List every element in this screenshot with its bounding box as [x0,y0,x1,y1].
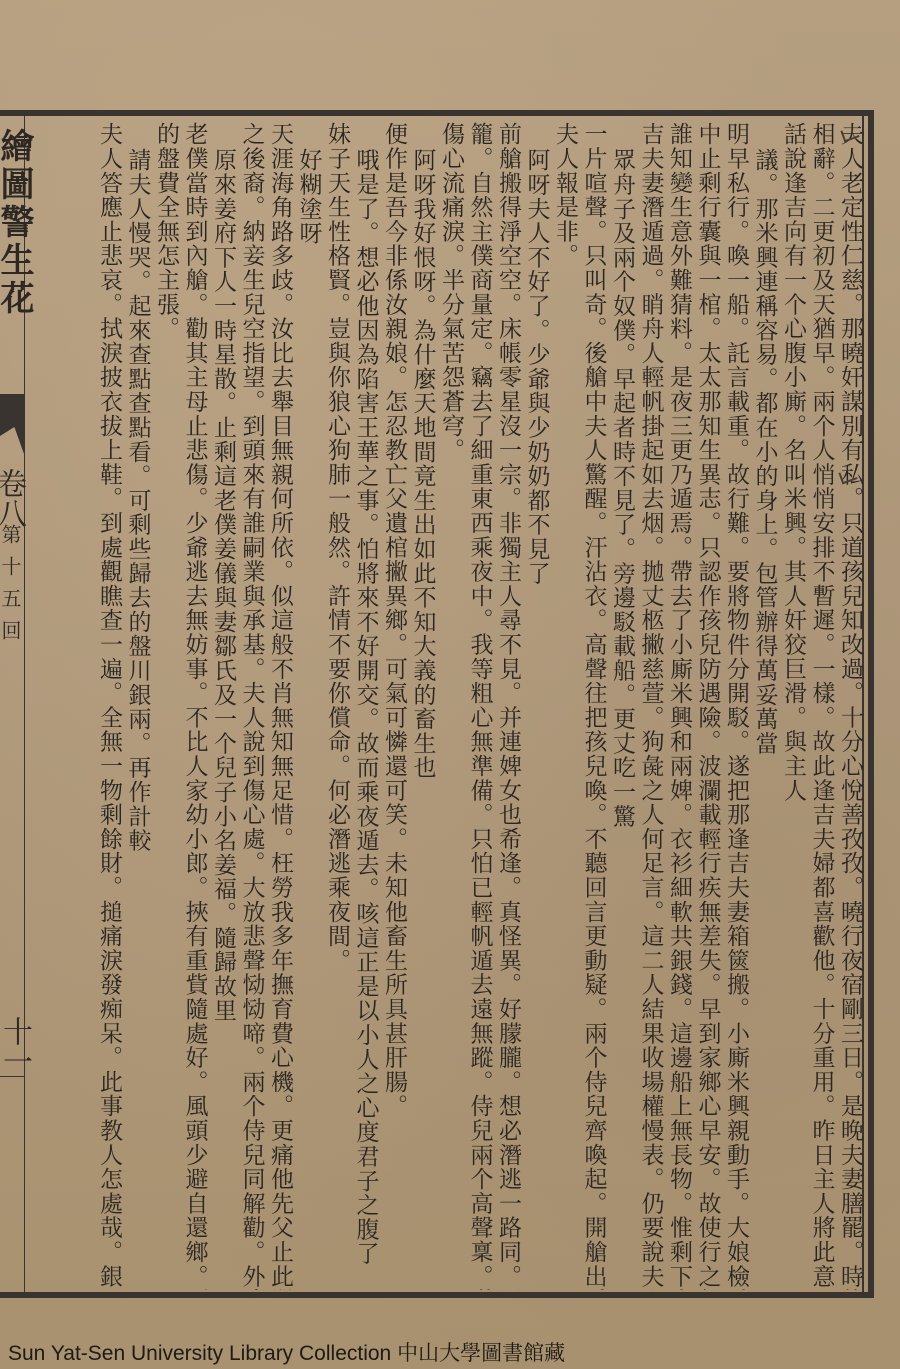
text-column: 吉夫妻潛遁過。睄舟人輕帆掛起如去烟。拋丈柩撇慈萱。狗彘之人何足言。這二人結果收場… [636,118,665,1290]
library-watermark: Sun Yat-Sen University Library Collectio… [8,1337,565,1367]
text-column: 中止剩行囊與一棺。太太那知生異志。只認作孩兒防遇險。波瀾載輕行疾無差失。早到家鄉… [693,118,722,1290]
margin-divider [0,1076,24,1077]
text-column: 的盤費全無怎主張。 [152,118,181,1290]
text-column: 前艙搬得淨空空。床帳零星沒一宗。非獨主人尋不見。并連婢女也希逢。真怪異。好朦朧。… [494,118,523,1290]
text-column: 議。那米興連稱容易。都在小的身上。包管辦得萬妥萬當 [750,118,779,1290]
text-column: 明早私行。喚一船。託言載重。故行難。要將物件分開駁。遂把那逢吉夫妻箱篋搬。小廝米… [722,118,751,1290]
text-column: 夫人報是非。 [551,118,580,1290]
text-column: 一片喧聲。只叫奇。後艙中夫人驚醒。汗沾衣。高聲往把孩兒喚。不聽回言更動疑。兩个侍… [579,118,608,1290]
text-column: 誰知變生意外難猜料。是夜三更乃遁焉。帶去了小廝米興和兩婢。衣衫細軟共銀錢。這邊船… [665,118,694,1290]
text-column: 哦是了。想必他因為陷害王華之事。怕將來不好開交。故而乘夜遁去。咳這正是以小人之心… [351,118,380,1290]
text-column: 好糊塗呀 [294,118,323,1290]
text-column: 請夫人慢哭。起來查點查點看。可剩些歸去的盤川銀兩。再作計較 [123,118,152,1290]
text-column: 話說逢吉向有一个心腹小廝。名叫米興。其人奸狡巨滑。與主人 [779,118,808,1290]
fishtail-mark-icon [0,394,24,454]
text-column: 天涯海角路多歧。汝比去舉目無親何所依。似這般不肖無知無足惜。枉勞我多年撫育費心機… [266,118,295,1290]
fold-margin-banxin: 繪圖警生花 卷八 第十五回 十一 [0,116,25,1292]
text-column: 妹子天生性格賢。豈與你狼心狗肺一般然。許情不要你償命。何必潛逃乘夜間。 [323,118,352,1290]
text-column: 傷心流痛淚。半分氣苦怨蒼穹。 [437,118,466,1290]
text-column: 原來姜府下人一時星散。止剩這老僕姜儀與妻鄒氏及一个兒子小名姜福。隨歸故里 [209,118,238,1290]
text-column: 相辭。二更初及天猶早。兩个人悄悄安排不暫遲。一樣。故此逢吉夫婦都喜歡他。十分重用… [807,118,836,1290]
text-column: 老僕當時到內艙。勸其主母止悲傷。少爺逃去無妨事。不比人家幼小郎。挾有重貲隨處好。… [180,118,209,1290]
vertical-text-body: 夫人老定性仁慈。那曉奸謀別有私。只道孩兒知改過。十分心悅善孜孜。曉行夜宿剛三日。… [26,118,864,1290]
text-column: 眾舟子及兩个奴僕。早起者時不見了。旁邊駁載船。更丈吃一驚 [608,118,637,1290]
text-column: 之後裔。納妾生兒空指望。到頭來有誰嗣業與承基。夫人說到傷心處。大放悲聲恸恸啼。兩… [237,118,266,1290]
chapter-label: 第十五回 [0,524,25,652]
text-column: 阿呀夫人不好了。少爺與少奶奶都不見了 [522,118,551,1290]
text-column: 阿呀我好恨呀。為什麼天地間竟生出如此不知大義的畜生也 [408,118,437,1290]
text-column: 夫人答應止悲哀。拭淚披衣拔上鞋。到處觀瞧查一遍。全無一物剩餘財。搥痛淚發痴呆。此… [95,118,124,1290]
text-column: 夫人老定性仁慈。那曉奸謀別有私。只道孩兒知改過。十分心悅善孜孜。曉行夜宿剛三日。… [836,118,865,1290]
text-column: 籠。自然主僕商量定。竊去了細重東西乘夜中。我等粗心無準備。只怕已輕帆遁去遠無蹤。… [465,118,494,1290]
text-column: 便作是吾今非係汝親娘。怎忍教亡父遺棺撇異鄉。可氣可憐還可笑。未知他畜生所具甚肝腸… [380,118,409,1290]
